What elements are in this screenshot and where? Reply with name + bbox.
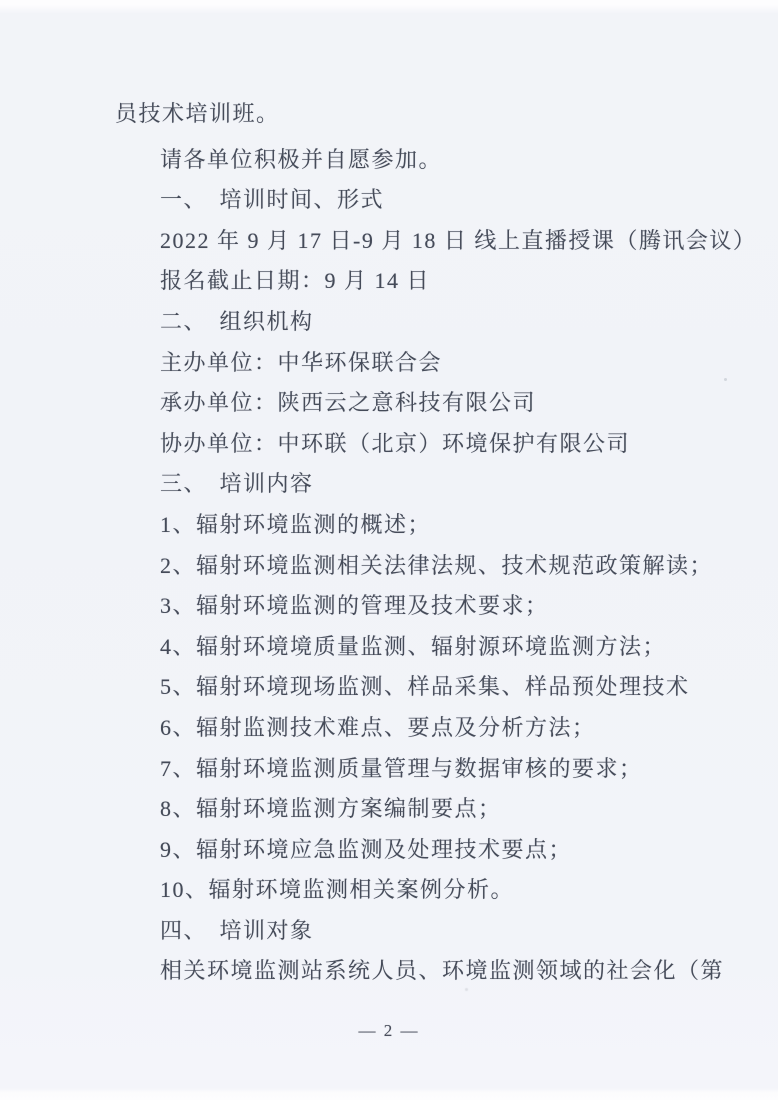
text-line: 7、辐射环境监测质量管理与数据审核的要求； — [115, 749, 778, 790]
text-line: 10、辐射环境监测相关案例分析。 — [115, 870, 778, 911]
text-line: 2022 年 9 月 17 日-9 月 18 日 线上直播授课（腾讯会议） — [115, 221, 778, 262]
text-line: 主办单位：中华环保联合会 — [115, 343, 778, 384]
text-line: 一、 培训时间、形式 — [115, 180, 778, 221]
text-line: 6、辐射监测技术难点、要点及分析方法； — [115, 708, 778, 749]
page-number: — 2 — — [0, 1021, 778, 1041]
text-line: 二、 组织机构 — [115, 302, 778, 343]
document-body: 员技术培训班。请各单位积极并自愿参加。一、 培训时间、形式2022 年 9 月 … — [115, 94, 778, 992]
text-line: 报名截止日期：9 月 14 日 — [115, 261, 778, 302]
text-line: 相关环境监测站系统人员、环境监测领域的社会化（第 — [115, 951, 778, 992]
text-line: 协办单位：中环联（北京）环境保护有限公司 — [115, 424, 778, 465]
text-line: 三、 培训内容 — [115, 464, 778, 505]
text-line: 4、辐射环境境质量监测、辐射源环境监测方法； — [115, 627, 778, 668]
text-line: 四、 培训对象 — [115, 911, 778, 952]
text-line: 5、辐射环境现场监测、样品采集、样品预处理技术 — [115, 667, 778, 708]
text-line: 3、辐射环境监测的管理及技术要求； — [115, 586, 778, 627]
text-line: 2、辐射环境监测相关法律法规、技术规范政策解读； — [115, 546, 778, 587]
scanned-page: 员技术培训班。请各单位积极并自愿参加。一、 培训时间、形式2022 年 9 月 … — [0, 0, 778, 1100]
text-line: 1、辐射环境监测的概述； — [115, 505, 778, 546]
text-line: 承办单位：陕西云之意科技有限公司 — [115, 383, 778, 424]
text-line: 员技术培训班。 — [115, 94, 778, 135]
text-line: 9、辐射环境应急监测及处理技术要点； — [115, 830, 778, 871]
text-line: 请各单位积极并自愿参加。 — [115, 140, 778, 181]
text-line: 8、辐射环境监测方案编制要点； — [115, 789, 778, 830]
